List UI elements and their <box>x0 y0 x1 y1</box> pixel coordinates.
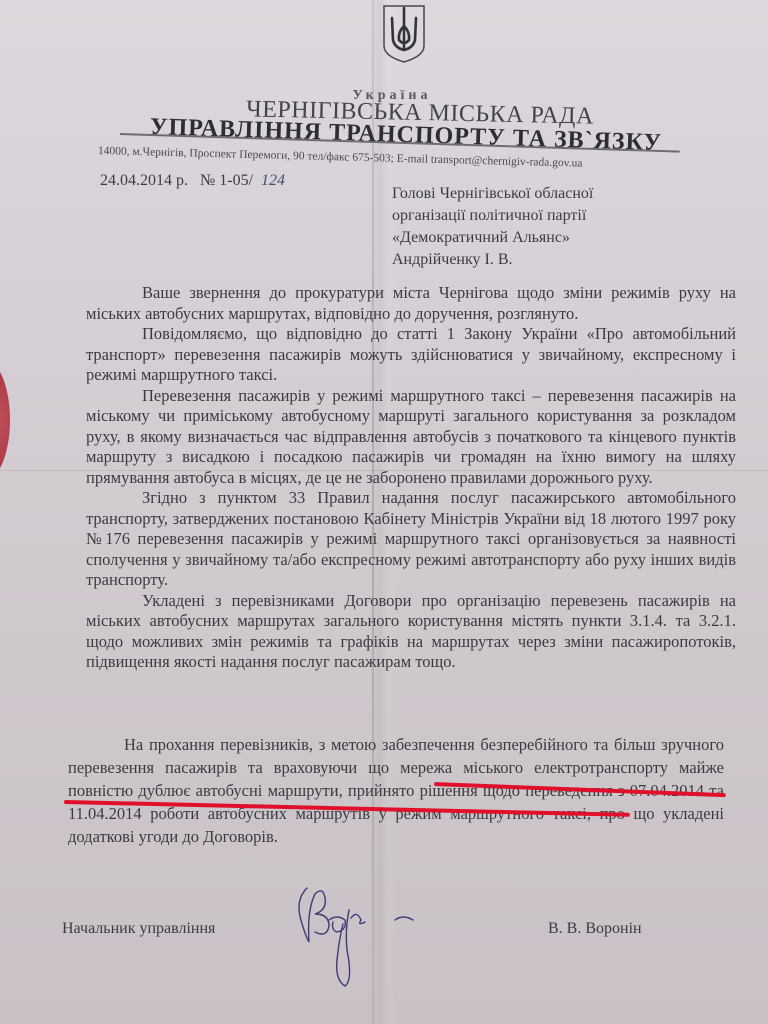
recipient-line: Андрійченку І. В. <box>392 249 593 271</box>
recipient-line: організації політичної партії <box>392 205 593 227</box>
signatory-name: В. В. Воронін <box>548 920 642 938</box>
handwritten-number: 124 <box>261 172 285 189</box>
body-paragraph: Згідно з пунктом 33 Правил надання послу… <box>86 488 736 591</box>
body-paragraph: Повідомляємо, що відповідно до статті 1 … <box>86 324 736 386</box>
body-paragraph: Укладені з перевізниками Договори про ор… <box>86 591 736 673</box>
letter-body: Ваше звернення до прокуратури міста Черн… <box>86 283 736 673</box>
recipient-line: «Демократичний Альянс» <box>392 227 593 249</box>
document-number: № 1-05/ <box>200 172 253 189</box>
body-paragraph: Ваше звернення до прокуратури міста Черн… <box>86 283 736 324</box>
signatory-title: Начальник управління <box>62 920 215 938</box>
trident-coat-of-arms-icon <box>381 4 427 64</box>
body-paragraph: Перевезення пасажирів у режимі маршрутно… <box>86 386 736 489</box>
document-reference: 24.04.2014 р. № 1-05/ 124 <box>100 172 285 190</box>
document-date: 24.04.2014 р. <box>100 172 188 189</box>
recipient-block: Голові Чернігівської обласної організаці… <box>392 183 593 271</box>
recipient-line: Голові Чернігівської обласної <box>392 183 593 205</box>
signature-block: Начальник управління В. В. Воронін <box>0 920 768 950</box>
